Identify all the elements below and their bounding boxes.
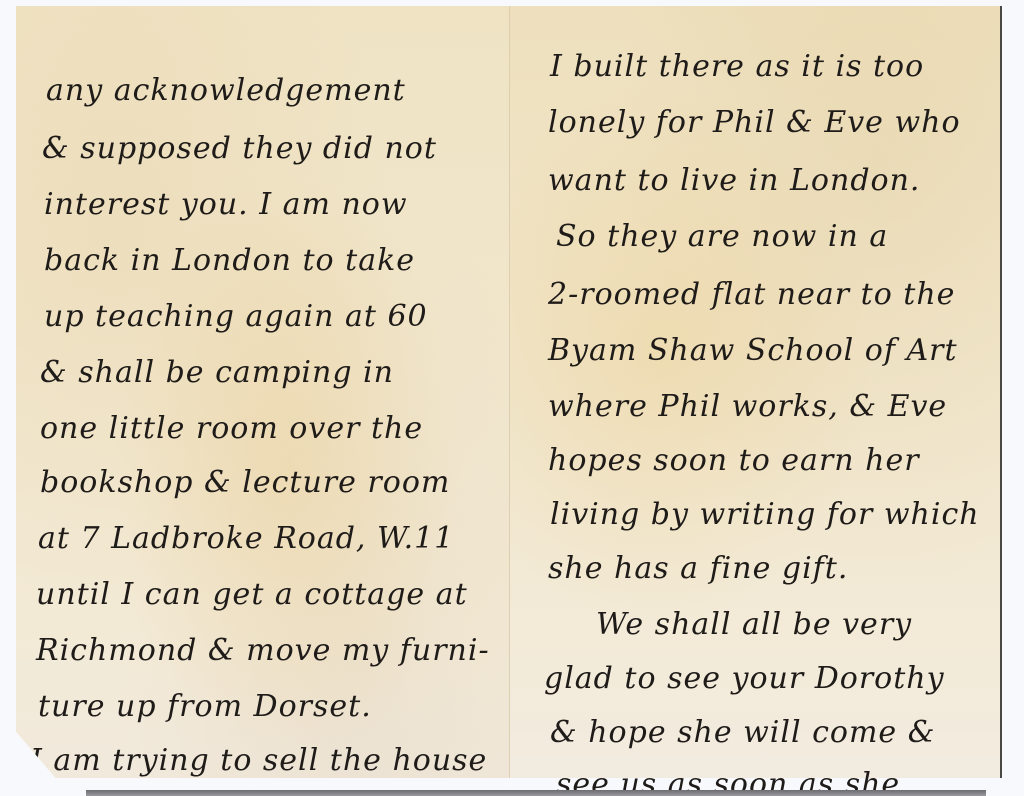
left-line-12: ture up from Dorset. xyxy=(38,692,372,722)
left-line-5: up teaching again at 60 xyxy=(44,302,428,332)
right-line-1: I built there as it is too xyxy=(550,52,924,82)
left-page: any acknowledgement & supposed they did … xyxy=(16,6,510,778)
left-line-7: one little room over the xyxy=(40,414,423,444)
right-line-7: where Phil works, & Eve xyxy=(548,392,947,422)
left-line-3: interest you. I am now xyxy=(44,190,408,220)
right-line-12: glad to see your Dorothy xyxy=(544,664,945,694)
right-line-2: lonely for Phil & Eve who xyxy=(548,108,961,138)
left-line-10: until I can get a cottage at xyxy=(36,580,468,610)
letter-scan: any acknowledgement & supposed they did … xyxy=(0,0,1024,796)
left-line-1: any acknowledgement xyxy=(46,76,406,106)
left-line-4: back in London to take xyxy=(44,246,415,276)
left-line-8: bookshop & lecture room xyxy=(40,468,450,498)
right-line-3: want to live in London. xyxy=(548,166,920,196)
right-line-9: living by writing for which xyxy=(550,500,980,530)
left-line-13: I am trying to sell the house xyxy=(30,746,487,776)
left-line-11: Richmond & move my furni- xyxy=(36,636,490,666)
bottom-edge-shadow xyxy=(86,790,986,796)
left-line-9: at 7 Ladbroke Road, W.11 xyxy=(38,524,454,554)
right-line-5: 2-roomed flat near to the xyxy=(548,280,955,310)
right-line-8: hopes soon to earn her xyxy=(548,446,920,476)
left-line-6: & shall be camping in xyxy=(40,358,394,388)
right-line-13: & hope she will come & xyxy=(550,718,935,748)
right-page: I built there as it is too lonely for Ph… xyxy=(510,6,1002,778)
right-line-4: So they are now in a xyxy=(556,222,888,252)
right-line-10: she has a fine gift. xyxy=(548,554,848,584)
right-line-11: We shall all be very xyxy=(596,610,912,640)
right-line-6: Byam Shaw School of Art xyxy=(548,336,958,366)
left-line-2: & supposed they did not xyxy=(42,134,437,164)
